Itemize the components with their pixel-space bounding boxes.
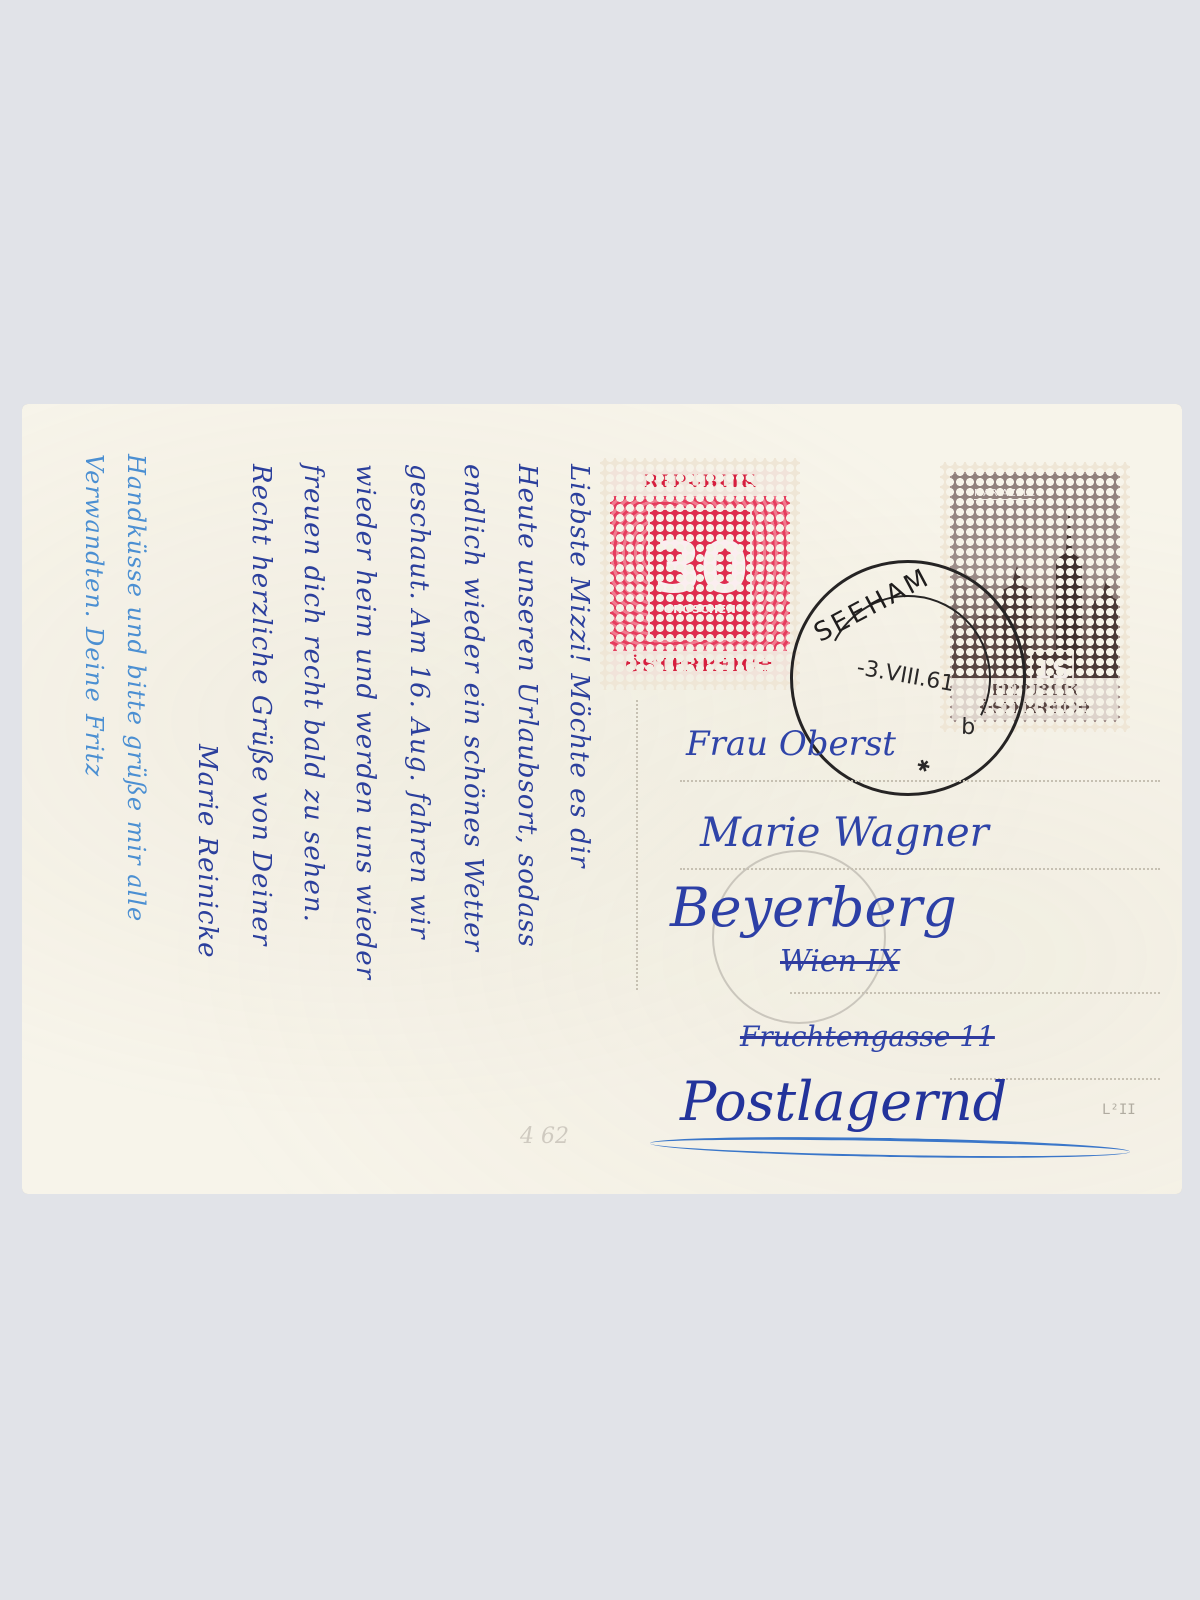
stamp-value-box: 30 GROSCHEN — [648, 508, 752, 640]
postscript-line-1: Handküsse und bitte grüße mir alle — [122, 454, 150, 922]
address-line — [790, 992, 1160, 994]
signature: Marie Reinicke — [192, 744, 222, 959]
address-divider — [636, 700, 638, 990]
stamp-country-bottom: ÖSTERREICH — [610, 651, 790, 680]
message-line-7: Recht herzliche Grüße von Deiner — [246, 464, 276, 946]
address-name: Marie Wagner — [700, 810, 989, 856]
address-city: Beyerberg — [670, 876, 957, 939]
postscript-line-2: Verwandten. Deine — [80, 454, 108, 703]
message-line-4: geschaut. Am 16. Aug. fahren wir — [404, 464, 434, 940]
stamp-unit: GROSCHEN — [664, 603, 737, 616]
address-struck-city: Wien IX — [780, 944, 900, 979]
stamp-value: 30 — [653, 533, 746, 603]
address-line — [680, 868, 1160, 870]
stamp-country-top: REPUBLIK — [610, 468, 790, 496]
address-note: Postlagernd — [680, 1070, 1007, 1133]
address-salutation: Frau Oberst — [686, 724, 896, 764]
message-line-3: endlich wieder ein schönes Wetter — [458, 464, 488, 952]
message-line-1: Liebste Mizzi! Möchte es dir — [564, 464, 594, 868]
postmark-suffix: b — [961, 715, 976, 740]
message-line-5: wieder heim und werden uns wieder — [350, 464, 380, 980]
star-icon: ✱ — [914, 755, 933, 777]
printer-mark: L²II — [1102, 1102, 1136, 1118]
message-line-6: freuen dich recht bald zu sehen. — [298, 464, 328, 923]
address-struck-street: Fruchtengasse 11 — [740, 1020, 995, 1053]
address-line — [680, 780, 1160, 782]
postscript-signature: Fritz — [80, 714, 108, 777]
message-line-2: Heute unseren Urlaubsort, sodass — [512, 464, 542, 948]
stamp-place-label: MARIAZELL — [974, 488, 1035, 500]
pencil-note: 4 62 — [520, 1124, 569, 1149]
stamp-30-groschen: REPUBLIK 30 GROSCHEN ÖSTERREICH — [600, 458, 800, 690]
